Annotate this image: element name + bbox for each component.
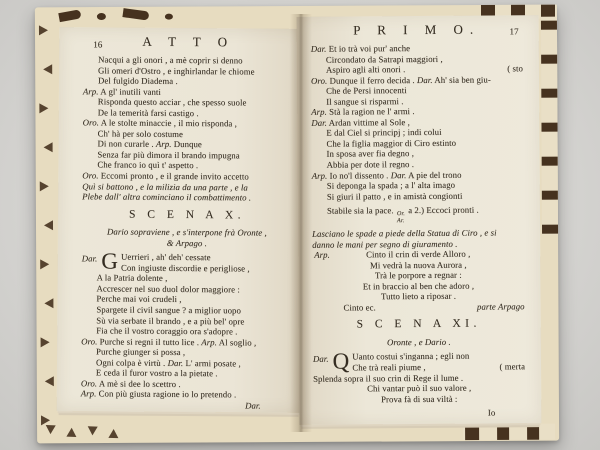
text-segment: parte Arpago bbox=[477, 301, 525, 312]
text-segment: Uanto costui s'inganna ; egli non bbox=[352, 351, 469, 362]
right-page-header: 17 P R I M O. bbox=[311, 24, 523, 41]
text-segment: Dunque il ferro decida . bbox=[327, 75, 417, 86]
text-segment: Chi vantar può il suo valore , bbox=[367, 383, 471, 394]
cover-top-edge-pattern bbox=[53, 7, 305, 23]
text-segment: Eccomi pronto , e il grande invito accet… bbox=[99, 170, 249, 181]
text-segment: Purche giunger si possa , bbox=[96, 347, 185, 358]
speaker-stack: Or.Ar. bbox=[397, 211, 405, 224]
text-segment: Il sangue si risparmi . bbox=[326, 96, 403, 107]
text-segment: Gli omeri d'Ostro , e inghirlandar le ch… bbox=[98, 65, 255, 76]
text-segment: Arp. bbox=[83, 86, 99, 96]
text-segment: Quì si battono , e la milizia da una par… bbox=[82, 181, 248, 192]
text-segment: Abbia per dote il regno . bbox=[327, 159, 414, 170]
text-segment: Al soglio , bbox=[217, 337, 256, 347]
left-page-header: 16 A T T O bbox=[83, 36, 293, 53]
text-segment: Dario sopraviene , e s'interpone frà Oro… bbox=[107, 227, 267, 238]
cover-right-edge-pattern bbox=[541, 17, 558, 235]
text-segment: In sposa aver fia degno , bbox=[327, 149, 414, 160]
speaker-abbrev: Dar. bbox=[313, 352, 329, 365]
running-title: A T T O bbox=[83, 36, 293, 48]
text-segment: Dar. bbox=[417, 75, 433, 85]
running-title: P R I M O. bbox=[311, 24, 523, 36]
text-segment: Dar. bbox=[168, 358, 184, 368]
text-segment: a 2.) Eccoci pronti . bbox=[406, 205, 479, 216]
text-segment: Et in braccio al ben che adoro , bbox=[363, 280, 474, 291]
text-line: Stabile sia la pace. Or.Ar. a 2.) Eccoci… bbox=[312, 204, 524, 224]
text-line: Prova fà di sua viltà : bbox=[313, 393, 525, 405]
text-segment: Stà la ragion ne l' armi . bbox=[327, 106, 415, 117]
speaker-abbrev: Dar. bbox=[82, 252, 98, 265]
cover-pattern-triangle bbox=[45, 376, 54, 386]
text-segment: Perche mai voi crudeli , bbox=[96, 294, 181, 305]
text-line: Cinto ec.parte Arpago bbox=[313, 301, 525, 313]
text-segment: Si giuri il patto , e in amistà congiont… bbox=[327, 190, 463, 201]
text-segment: Risponda questo acciar , che spesso suol… bbox=[98, 97, 247, 108]
text-line: & Arpago . bbox=[82, 237, 292, 249]
text-segment: A gl' inutili vanti bbox=[98, 86, 161, 96]
text-line: Dar. bbox=[81, 399, 291, 411]
text-segment: Dar. bbox=[245, 400, 261, 410]
right-page-lines: Dar. Et io trà voi pur' ancheCircondato … bbox=[311, 42, 526, 419]
text-segment: Oro. bbox=[311, 75, 327, 85]
open-book: 16 A T T O Nacqui a gli onori , a mè cop… bbox=[36, 6, 558, 442]
cover-pattern-triangle bbox=[45, 425, 55, 434]
text-line: Oronte , e Dario . bbox=[313, 336, 525, 348]
text-segment: Stabile sia la pace. bbox=[327, 205, 396, 215]
text-segment: Arp. bbox=[156, 139, 172, 149]
text-segment: Io no'l dissento . bbox=[327, 170, 390, 180]
cover-pattern-triangle bbox=[66, 428, 76, 437]
text-segment: S C E N A X. bbox=[129, 208, 245, 221]
text-segment: Oronte , e Dario . bbox=[387, 337, 451, 347]
text-segment: A le stolte minaccie , il mio risponda , bbox=[99, 118, 237, 129]
text-segment: Aspiro agli alti onori . bbox=[326, 64, 405, 75]
cover-pattern-scroll bbox=[58, 9, 81, 22]
text-segment: A mè si dee lo scettro . bbox=[97, 378, 181, 389]
text-segment: A la Patria dolente , bbox=[97, 273, 168, 283]
text-segment: Ch' hà per solo costume bbox=[98, 128, 183, 139]
text-segment: Oro. bbox=[82, 170, 98, 180]
text-line: S C E N A X. bbox=[82, 206, 292, 224]
drop-cap-line: Dar.GUerrieri , ah' deh' cessateCon ingi… bbox=[82, 252, 292, 275]
page-number: 17 bbox=[509, 26, 518, 37]
text-segment: Nacqui a gli onori , a mè coprir si denn… bbox=[98, 54, 243, 65]
text-segment: Accrescer nel suo duol dolor maggiore : bbox=[96, 283, 239, 294]
text-line: Io bbox=[313, 407, 525, 419]
text-segment: Dar. bbox=[391, 170, 407, 180]
cover-bottom-right-pattern bbox=[463, 424, 555, 440]
text-segment: A pie del trono bbox=[406, 169, 461, 179]
text-segment: Che la figlia maggior di Ciro estinto bbox=[326, 138, 456, 149]
cover-pattern-triangle bbox=[40, 259, 49, 269]
text-segment: Con ingiuste discordie e perigliose , bbox=[121, 262, 250, 273]
text-segment: Ogni colpa è virtù . bbox=[96, 357, 168, 367]
text-segment: Arp. bbox=[312, 170, 328, 180]
text-segment: Di non curarle . bbox=[97, 139, 155, 149]
text-line: Si giuri il patto , e in amistà congiont… bbox=[312, 190, 524, 202]
text-segment: danno le mani per segno di giuramento . bbox=[312, 238, 457, 249]
right-page: 17 P R I M O. Dar. Et io trà voi pur' an… bbox=[297, 15, 542, 425]
stack-part: Ar. bbox=[397, 218, 405, 224]
text-segment: Oro. bbox=[81, 336, 97, 346]
text-segment: Ah' sia ben giu- bbox=[433, 74, 491, 84]
left-page: 16 A T T O Nacqui a gli onori , a mè cop… bbox=[57, 27, 304, 413]
text-segment: Del fulgido Diadema . bbox=[98, 76, 178, 87]
cover-pattern-scroll bbox=[165, 14, 173, 20]
text-segment: S C E N A XI. bbox=[357, 318, 481, 331]
text-line: Arp.Cinto il crin di verde Alloro , bbox=[312, 248, 524, 260]
cover-pattern-triangle bbox=[44, 298, 53, 308]
cover-pattern-triangle bbox=[43, 64, 52, 74]
text-segment: Oro. bbox=[81, 378, 97, 388]
text-segment: Lasciano le spade a piede della Statua d… bbox=[312, 227, 497, 238]
drop-cap: G bbox=[101, 252, 118, 272]
text-segment: Prova fà di sua viltà : bbox=[381, 393, 457, 404]
text-segment: Purche si regni il tutto lice . bbox=[97, 336, 201, 347]
drop-cap-column: Uanto costui s'inganna ; egli nonChe trà… bbox=[352, 351, 525, 373]
text-segment: ( sto bbox=[507, 63, 523, 74]
cover-pattern-triangle bbox=[40, 181, 49, 191]
drop-cap-line: Dar.QUanto costui s'inganna ; egli nonCh… bbox=[313, 351, 525, 374]
page-number: 16 bbox=[93, 39, 102, 50]
text-segment: Che franco io quì t' aspetto . bbox=[97, 160, 198, 171]
text-segment: Fia che il vostro coraggio ora s'adopre … bbox=[96, 326, 237, 337]
text-line: Plebe dall' altra cominciano il combatti… bbox=[82, 191, 292, 203]
text-segment: Spargete il civil sangue ? a miglior uop… bbox=[96, 304, 241, 315]
text-line: Che trà reali piume ,( merta bbox=[352, 361, 525, 373]
cover-pattern-triangle bbox=[108, 429, 118, 438]
text-line: Arp. Con più giusta ragione io lo preten… bbox=[81, 389, 291, 401]
text-segment: E dal Ciel si principj ; indi colui bbox=[326, 127, 441, 138]
text-segment: Tutto lieto a riposar . bbox=[381, 291, 456, 302]
left-page-text-column: 16 A T T O Nacqui a gli onori , a mè cop… bbox=[81, 36, 294, 404]
cover-pattern-triangle bbox=[39, 103, 48, 113]
cover-pattern-triangle bbox=[87, 426, 97, 435]
text-segment: Mi vedrà la nuova Aurora , bbox=[370, 259, 467, 270]
text-line: Lasciano le spade a piede della Statua d… bbox=[312, 227, 524, 239]
text-segment: Cinto il crin di verde Alloro , bbox=[366, 249, 470, 260]
text-segment: Oro. bbox=[83, 118, 99, 128]
speaker-abbrev: Arp. bbox=[314, 250, 330, 261]
cover-pattern-triangle bbox=[41, 337, 50, 347]
text-segment: Et io trà voi pur' anche bbox=[326, 43, 410, 54]
text-segment: De la temerità farsi castigo . bbox=[98, 107, 199, 118]
text-segment: Cinto ec. bbox=[328, 302, 376, 313]
drop-cap: Q bbox=[333, 352, 350, 372]
text-segment: E ceda il furor vostro a la pietate . bbox=[96, 368, 218, 379]
drop-cap-column: Uerrieri , ah' deh' cessateCon ingiuste … bbox=[121, 252, 292, 274]
text-segment: ( merta bbox=[499, 361, 525, 372]
text-segment: Plebe dall' altra cominciano il combatti… bbox=[82, 191, 251, 202]
left-page-lines: Nacqui a gli onori , a mè coprir si denn… bbox=[81, 54, 293, 411]
right-page-text-column: 17 P R I M O. Dar. Et io trà voi pur' an… bbox=[311, 24, 526, 416]
cover-bottom-left-pattern bbox=[40, 420, 154, 441]
text-segment: Arp. bbox=[201, 337, 217, 347]
text-line: Dario sopraviene , e s'interpone frà Oro… bbox=[82, 227, 292, 239]
text-segment: Io bbox=[488, 408, 496, 418]
cover-pattern-scroll bbox=[97, 13, 106, 20]
text-segment: L' armi posate , bbox=[183, 358, 241, 368]
text-segment: Ardan vittime al Sole , bbox=[327, 117, 410, 128]
text-segment: & Arpago . bbox=[167, 238, 207, 248]
text-segment: Splenda sopra il suo crin di Rege il lum… bbox=[313, 372, 463, 383]
text-line: S C E N A XI. bbox=[313, 316, 525, 334]
text-segment: Senza far più dimora il brando impugna bbox=[97, 149, 239, 160]
cover-pattern-scroll bbox=[122, 8, 149, 20]
text-segment: Con più giusta ragione io lo pretendo . bbox=[96, 389, 236, 400]
cover-pattern-triangle bbox=[44, 142, 53, 152]
text-segment: Si deponga la spada ; a l' alta imago bbox=[327, 180, 455, 191]
text-segment: Arp. bbox=[311, 107, 327, 117]
cover-pattern-triangle bbox=[44, 220, 53, 230]
text-segment: Uerrieri , ah' deh' cessate bbox=[121, 252, 211, 263]
text-segment: Che trà reali piume , bbox=[352, 362, 425, 373]
text-segment: Circondato da Satrapi maggiori , bbox=[326, 53, 443, 64]
cover-pattern-triangle bbox=[39, 25, 48, 35]
text-segment: Arp. bbox=[81, 389, 97, 399]
text-segment: Sù via serbate il brando , e a più bel' … bbox=[96, 315, 244, 326]
text-segment: Trà le porpore a regnar : bbox=[375, 270, 462, 281]
text-segment: Dar. bbox=[311, 117, 327, 127]
text-segment: Dar. bbox=[311, 44, 327, 54]
text-segment: Che de Persi innocenti bbox=[326, 85, 407, 96]
text-segment: Dunque bbox=[171, 139, 201, 149]
